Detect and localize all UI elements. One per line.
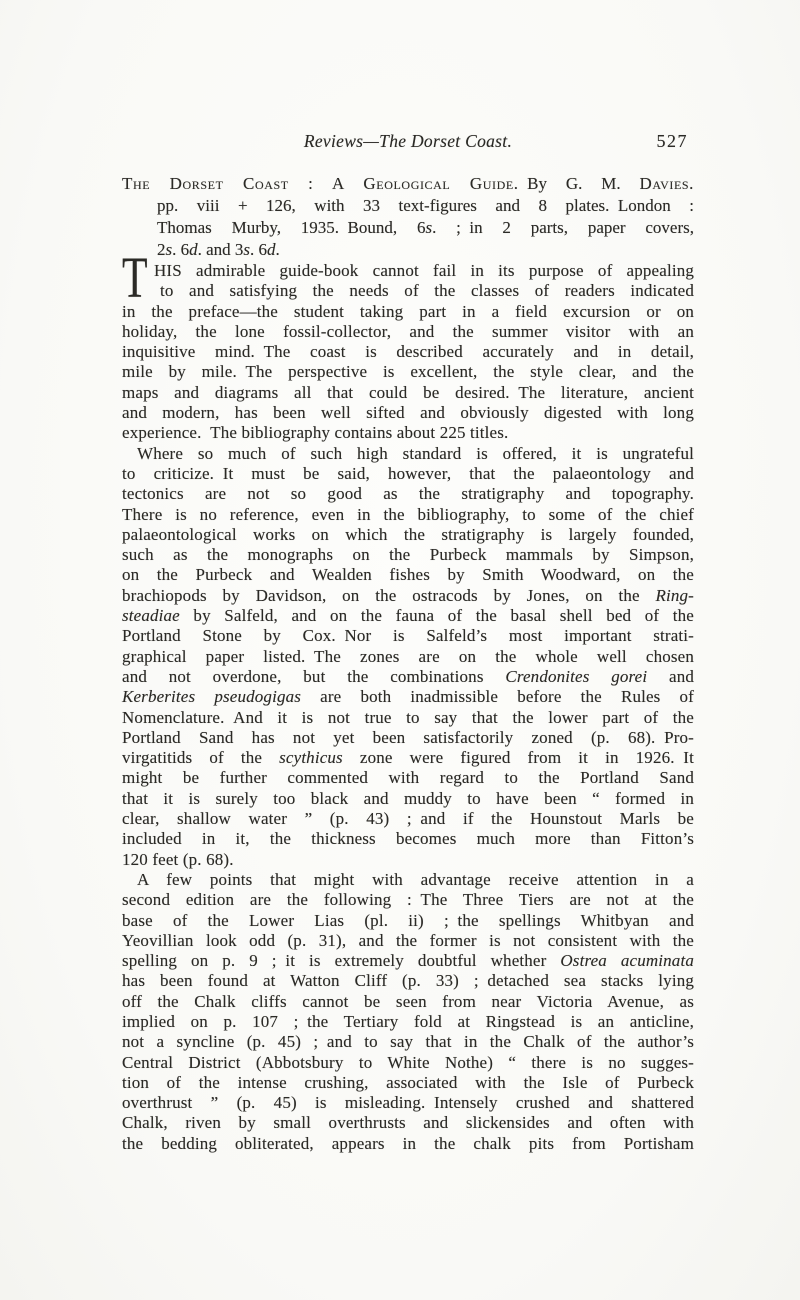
text-line: included in it, the thickness becomes mu…	[122, 829, 694, 849]
text-line: brachiopods by Davidson, on the ostracod…	[122, 586, 694, 606]
text-line: tectonics are not so good as the stratig…	[122, 484, 694, 504]
text-line: implied on p. 107 ; the Tertiary fold at…	[122, 1012, 694, 1032]
text-line: Portland Stone by Cox. Nor is Salfeld’s …	[122, 626, 694, 646]
text-line: HIS admirable guide-book cannot fail in …	[122, 261, 694, 281]
text-line: the bedding obliterated, appears in the …	[122, 1134, 694, 1154]
text-line: holiday, the lone fossil-collector, and …	[122, 322, 694, 342]
text-line: Yeovillian look odd (p. 31), and the for…	[122, 931, 694, 951]
text-line: that it is surely too black and muddy to…	[122, 789, 694, 809]
text-line: overthrust ” (p. 45) is misleading. Inte…	[122, 1093, 694, 1113]
text-line: and modern, has been well sifted and obv…	[122, 403, 694, 423]
text-line: 2s. 6d. and 3s. 6d.	[122, 239, 694, 261]
text-line: and not overdone, but the combinations C…	[122, 667, 694, 687]
body-paragraph-2: Where so much of such high standard is o…	[122, 444, 694, 870]
text-line: spelling on p. 9 ; it is extremely doubt…	[122, 951, 694, 971]
text-line: Thomas Murby, 1935. Bound, 6s. ; in 2 pa…	[122, 217, 694, 239]
text-line: steadiae by Salfeld, and on the fauna of…	[122, 606, 694, 626]
text-line: to criticize. It must be said, however, …	[122, 464, 694, 484]
scanned-page: Reviews—The Dorset Coast. 527 The Dorset…	[0, 0, 800, 1300]
text-line: experience. The bibliography contains ab…	[122, 423, 694, 443]
text-line: in the preface—the student taking part i…	[122, 302, 694, 322]
text-line: clear, shallow water ” (p. 43) ; and if …	[122, 809, 694, 829]
text-line: not a syncline (p. 45) ; and to say that…	[122, 1032, 694, 1052]
running-title: Reviews—The Dorset Coast.	[122, 131, 694, 152]
citation-block: The Dorset Coast : A Geological Guide. B…	[122, 173, 694, 261]
text-line: virgatitids of the scythicus zone were f…	[122, 748, 694, 768]
text-line: inquisitive mind. The coast is described…	[122, 342, 694, 362]
page-number: 527	[657, 131, 689, 152]
text-line: such as the monographs on the Purbeck ma…	[122, 545, 694, 565]
text-line: graphical paper listed. The zones are on…	[122, 647, 694, 667]
text-line: Where so much of such high standard is o…	[122, 444, 694, 464]
text-line: to and satisfying the needs of the class…	[122, 281, 694, 301]
text-line: Portland Sand has not yet been satisfact…	[122, 728, 694, 748]
text-line: tion of the intense crushing, associated…	[122, 1073, 694, 1093]
body-paragraph-1: THIS admirable guide-book cannot fail in…	[122, 261, 694, 444]
body-paragraph-3: A few points that might with advantage r…	[122, 870, 694, 1154]
review-body: THIS admirable guide-book cannot fail in…	[122, 261, 694, 1154]
text-line: 120 feet (p. 68).	[122, 850, 694, 870]
text-line: pp. viii + 126, with 33 text-figures and…	[122, 195, 694, 217]
drop-cap: T	[122, 249, 148, 307]
text-line: Nomenclature. And it is not true to say …	[122, 708, 694, 728]
text-line: mile by mile. The perspective is excelle…	[122, 362, 694, 382]
text-line: on the Purbeck and Wealden fishes by Smi…	[122, 565, 694, 585]
text-line: has been found at Watton Cliff (p. 33) ;…	[122, 971, 694, 991]
text-line: palaeontological works on which the stra…	[122, 525, 694, 545]
text-line: Central District (Abbotsbury to White No…	[122, 1053, 694, 1073]
text-line: second edition are the following : The T…	[122, 890, 694, 910]
text-line: base of the Lower Lias (pl. ii) ; the sp…	[122, 911, 694, 931]
text-line: The Dorset Coast : A Geological Guide. B…	[122, 173, 694, 195]
text-line: Kerberites pseudogigas are both inadmiss…	[122, 687, 694, 707]
text-line: A few points that might with advantage r…	[122, 870, 694, 890]
text-line: There is no reference, even in the bibli…	[122, 505, 694, 525]
text-line: off the Chalk cliffs cannot be seen from…	[122, 992, 694, 1012]
page-header: Reviews—The Dorset Coast. 527	[122, 131, 694, 155]
text-line: might be further commented with regard t…	[122, 768, 694, 788]
text-line: maps and diagrams all that could be desi…	[122, 383, 694, 403]
text-line: Chalk, riven by small overthrusts and sl…	[122, 1113, 694, 1133]
